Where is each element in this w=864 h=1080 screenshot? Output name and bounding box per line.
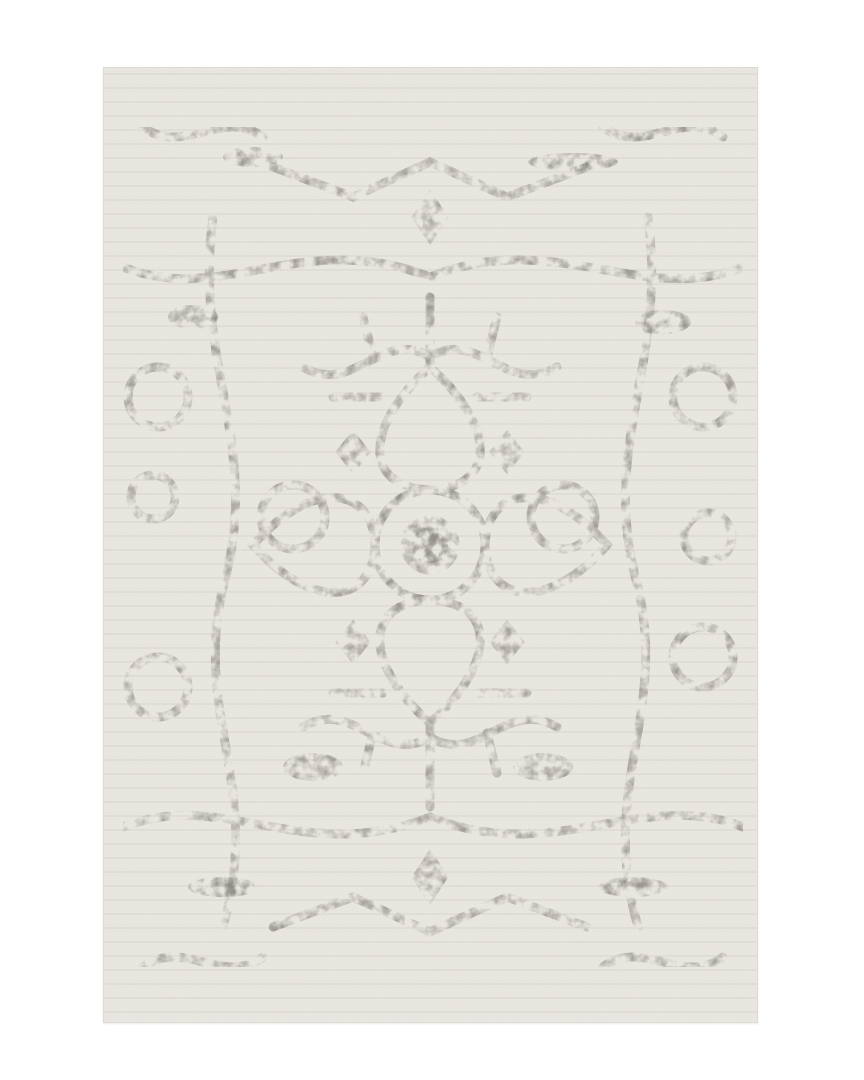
rug-pattern xyxy=(103,67,758,1023)
rug-product-image: Rectangular area rug with distressed vin… xyxy=(103,67,758,1023)
